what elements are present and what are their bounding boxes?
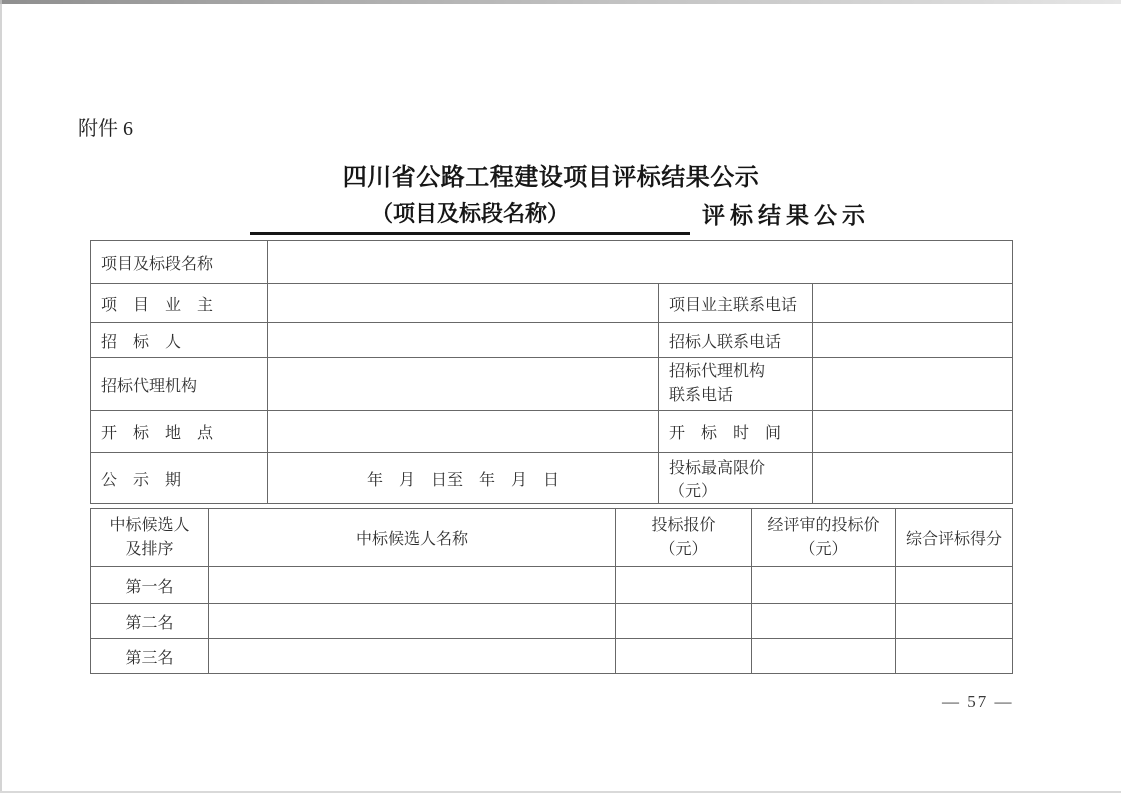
value-bid-opening-place (268, 411, 659, 453)
table-row: 公 示 期 年 月 日至 年 月 日 投标最高限价（元） (91, 453, 1013, 504)
candidate-3-name (209, 639, 616, 674)
candidates-header-row: 中标候选人 及排序 中标候选人名称 投标报价 （元） 经评审的投标价 （元） 综… (91, 509, 1013, 567)
candidate-3-bid-price (616, 639, 752, 674)
page-title: 四川省公路工程建设项目评标结果公示 (90, 157, 1012, 192)
value-tenderer-phone (813, 323, 1013, 358)
candidate-3-evaluated-price (752, 639, 896, 674)
header-candidate-rank: 中标候选人 及排序 (91, 509, 209, 567)
candidate-1-evaluated-price (752, 567, 896, 604)
candidate-2-evaluated-price (752, 604, 896, 639)
table-row: 招标代理机构 招标代理机构 联系电话 (91, 358, 1013, 411)
value-tender-agency (268, 358, 659, 411)
label-tenderer-phone: 招标人联系电话 (659, 323, 813, 358)
label-agency-phone: 招标代理机构 联系电话 (659, 358, 813, 411)
value-publicity-period-dates: 年 月 日至 年 月 日 (268, 453, 659, 504)
scan-edge-top (0, 0, 1121, 4)
info-table: 项目及标段名称 项 目 业 主 项目业主联系电话 招 标 人 招标人联系电话 招… (90, 240, 1013, 504)
rank-third: 第三名 (91, 639, 209, 674)
value-project-section-name (268, 241, 1013, 284)
table-row: 项目及标段名称 (91, 241, 1013, 284)
label-bid-opening-time: 开 标 时 间 (659, 411, 813, 453)
form-tables: 项目及标段名称 项 目 业 主 项目业主联系电话 招 标 人 招标人联系电话 招… (90, 240, 1012, 674)
label-publicity-period: 公 示 期 (91, 453, 268, 504)
scan-edge-left (0, 0, 2, 793)
candidate-2-bid-price (616, 604, 752, 639)
attachment-label: 附件 6 (78, 112, 133, 141)
header-candidate-name: 中标候选人名称 (209, 509, 616, 567)
candidate-2-name (209, 604, 616, 639)
table-row: 项 目 业 主 项目业主联系电话 (91, 284, 1013, 323)
subtitle-row: （项目及标段名称） 评标结果公示 (0, 199, 1121, 237)
header-overall-score: 综合评标得分 (896, 509, 1013, 567)
project-name-blank-caption: （项目及标段名称） (250, 199, 690, 235)
rank-second: 第二名 (91, 604, 209, 639)
candidate-1-score (896, 567, 1013, 604)
table-row: 开 标 地 点 开 标 时 间 (91, 411, 1013, 453)
candidate-1-bid-price (616, 567, 752, 604)
candidate-2-score (896, 604, 1013, 639)
candidate-row-2: 第二名 (91, 604, 1013, 639)
label-tender-agency: 招标代理机构 (91, 358, 268, 411)
candidate-3-score (896, 639, 1013, 674)
candidate-1-name (209, 567, 616, 604)
value-tenderer (268, 323, 659, 358)
table-row: 招 标 人 招标人联系电话 (91, 323, 1013, 358)
label-project-owner: 项 目 业 主 (91, 284, 268, 323)
value-agency-phone (813, 358, 1013, 411)
header-bid-price: 投标报价 （元） (616, 509, 752, 567)
candidate-row-3: 第三名 (91, 639, 1013, 674)
value-bid-opening-time (813, 411, 1013, 453)
label-tenderer: 招 标 人 (91, 323, 268, 358)
subtitle-suffix: 评标结果公示 (702, 197, 870, 230)
value-project-owner (268, 284, 659, 323)
candidates-table: 中标候选人 及排序 中标候选人名称 投标报价 （元） 经评审的投标价 （元） 综… (90, 508, 1013, 674)
label-max-bid-price: 投标最高限价（元） (659, 453, 813, 504)
header-evaluated-price: 经评审的投标价 （元） (752, 509, 896, 567)
value-max-bid-price (813, 453, 1013, 504)
label-project-section-name: 项目及标段名称 (91, 241, 268, 284)
label-bid-opening-place: 开 标 地 点 (91, 411, 268, 453)
rank-first: 第一名 (91, 567, 209, 604)
page-number: — 57 — (942, 692, 1014, 712)
value-owner-phone (813, 284, 1013, 323)
candidate-row-1: 第一名 (91, 567, 1013, 604)
label-owner-phone: 项目业主联系电话 (659, 284, 813, 323)
